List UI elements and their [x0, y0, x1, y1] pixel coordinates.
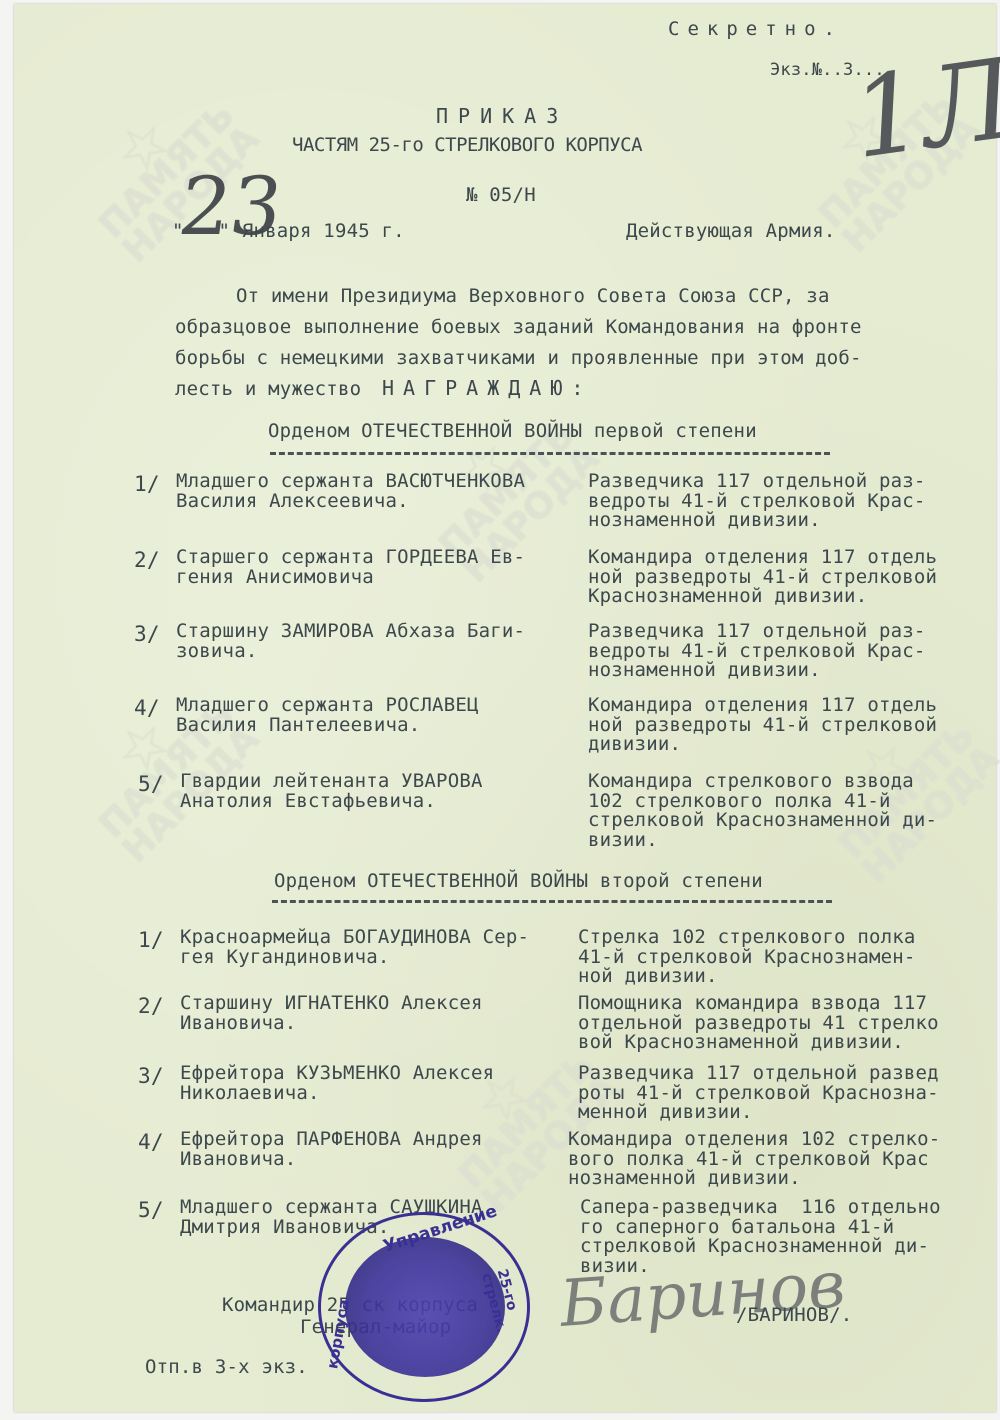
- recipient-name: Василия Алексеевича.: [176, 490, 409, 512]
- entry-number: 1/: [134, 472, 160, 496]
- official-stamp: Управление 25-го стрелк. корпуса: [318, 1212, 530, 1402]
- divider: [270, 452, 830, 455]
- recipient-position: нознаменной дивизии.: [568, 1167, 801, 1189]
- entry-number: 2/: [134, 548, 160, 572]
- recipient-position: менной дивизии.: [578, 1101, 753, 1123]
- classification-label: Секретно.: [668, 18, 843, 40]
- preamble-line: борьбы с немецкими захватчиками и проявл…: [175, 347, 862, 369]
- entry-number: 3/: [138, 1064, 164, 1088]
- recipient-position: вой Краснознаменной дивизии.: [578, 1031, 904, 1053]
- recipient-name: Анатолия Евстафьевича.: [180, 790, 436, 812]
- recipient-name: Ивановича.: [180, 1012, 296, 1034]
- section-heading: Орденом ОТЕЧЕСТВЕННОЙ ВОЙНЫ второй степе…: [274, 870, 763, 892]
- recipient-position: дивизии.: [588, 733, 681, 755]
- order-date: " " Января 1945 г.: [172, 220, 405, 242]
- entry-number: 2/: [138, 994, 164, 1018]
- section-heading: Орденом ОТЕЧЕСТВЕННОЙ ВОЙНЫ первой степе…: [268, 420, 757, 442]
- recipient-position: ной дивизии.: [578, 965, 718, 987]
- preamble-line: лесть и мужество: [175, 378, 361, 400]
- award-word: НАГРАЖДАЮ:: [382, 376, 592, 400]
- entry-number: 4/: [138, 1130, 164, 1154]
- stamp-text: корпуса: [323, 1298, 353, 1370]
- entry-number: 4/: [134, 696, 160, 720]
- recipient-name: гения Анисимовича: [176, 566, 374, 588]
- order-addressee: ЧАСТЯМ 25-го СТРЕЛКОВОГО КОРПУСА: [292, 134, 642, 156]
- entry-number: 5/: [138, 1198, 164, 1222]
- recipient-name: гея Кугандиновича.: [180, 946, 390, 968]
- recipient-name: Николаевича.: [180, 1082, 320, 1104]
- copies-note: Отп.в 3-х экз.: [145, 1356, 308, 1378]
- order-title: ПРИКАЗ: [436, 104, 568, 128]
- recipient-name: зовича.: [176, 640, 257, 662]
- preamble-line: От имени Президиума Верховного Совета Со…: [236, 285, 830, 307]
- entry-number: 1/: [138, 928, 164, 952]
- recipient-name: Ивановича.: [180, 1148, 296, 1170]
- order-number: № 05/Н: [466, 184, 536, 206]
- signatory-name: /БАРИНОВ/.: [736, 1304, 852, 1326]
- entry-number: 3/: [134, 622, 160, 646]
- recipient-position: визии.: [588, 829, 658, 851]
- recipient-name: Василия Пантелеевича.: [176, 714, 420, 736]
- recipient-position: нознаменной дивизии.: [588, 509, 821, 531]
- order-location: Действующая Армия.: [626, 220, 836, 242]
- state-emblem-icon: [345, 1237, 505, 1377]
- divider: [272, 900, 832, 903]
- recipient-position: Краснознаменной дивизии.: [588, 585, 867, 607]
- recipient-position: нознаменной дивизии.: [588, 659, 821, 681]
- preamble-line: образцовое выполнение боевых заданий Ком…: [175, 316, 862, 338]
- entry-number: 5/: [138, 772, 164, 796]
